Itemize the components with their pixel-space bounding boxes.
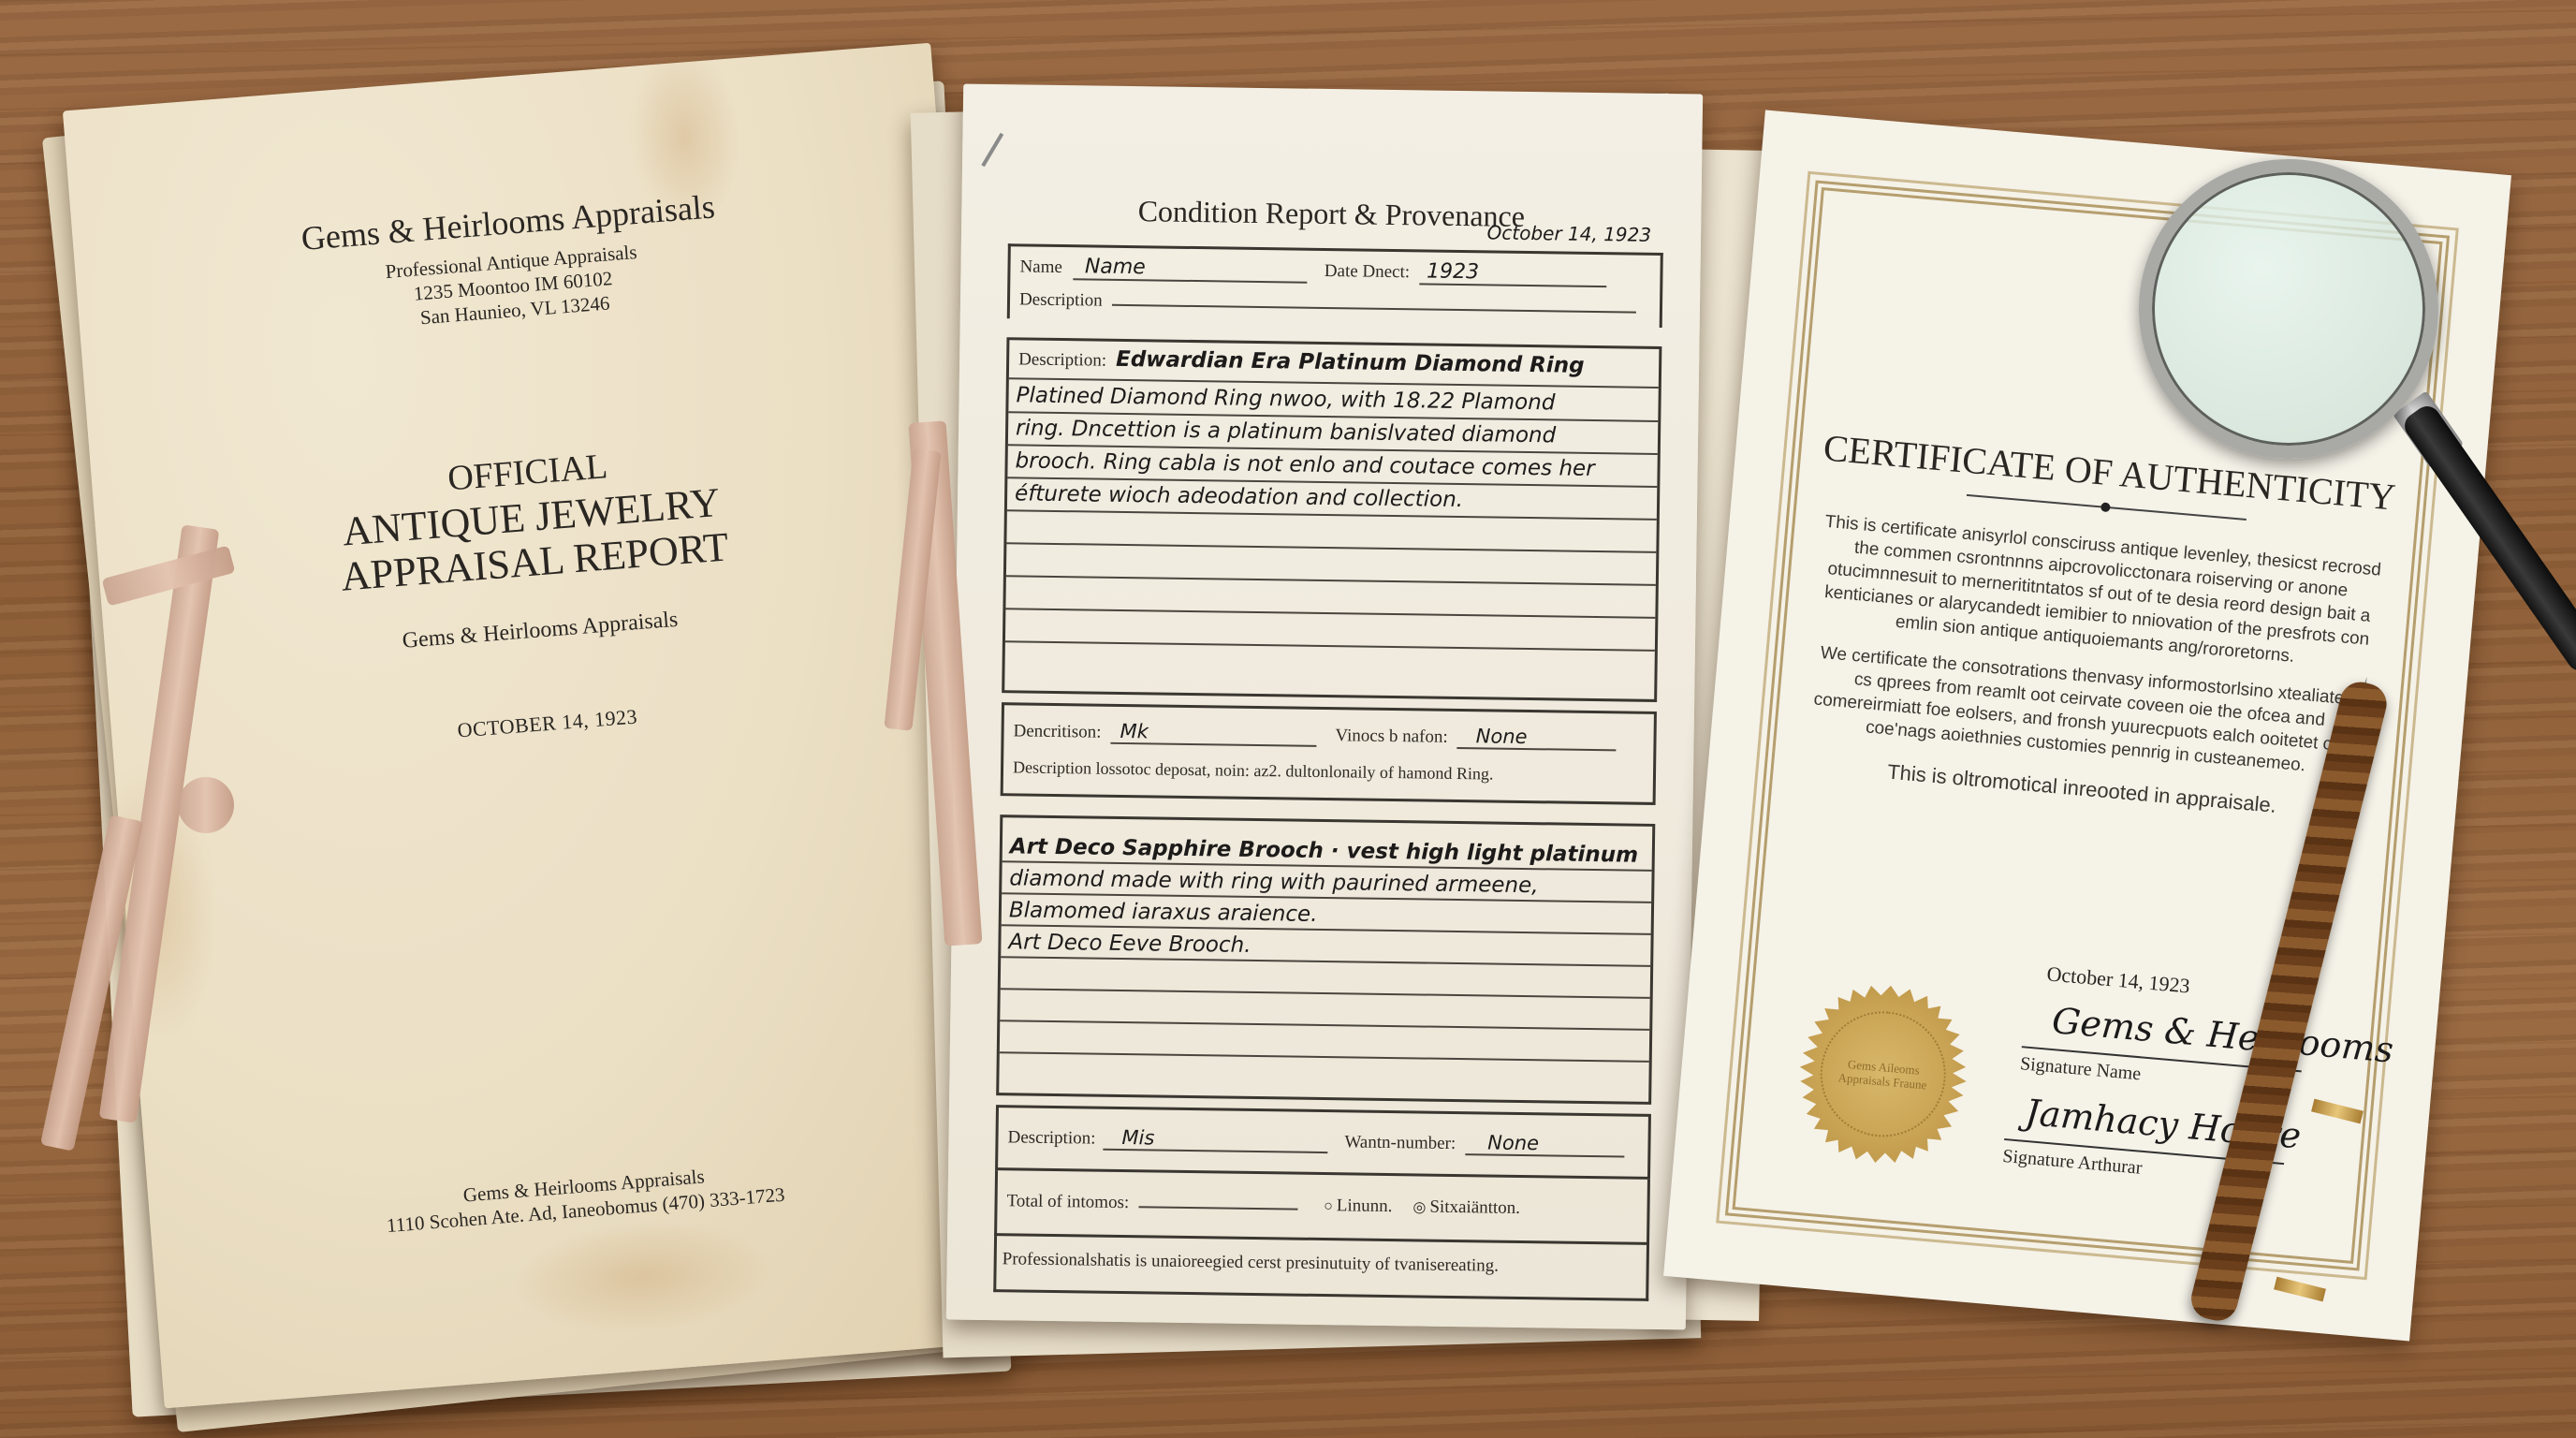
description-label: Description: [1019, 289, 1103, 310]
row2-field2[interactable]: None: [1457, 725, 1617, 751]
magnifying-glass-icon[interactable]: [2139, 159, 2438, 459]
row3-field1[interactable]: Mis: [1103, 1126, 1327, 1153]
form-footer-note: Professionalshatis is unaioreegied cerst…: [1003, 1249, 1500, 1276]
form-header-box: October 14, 1923 Name Name Date Dnect: 1…: [1007, 243, 1663, 328]
item2-box: Art Deco Sapphire Brooch · vest high lig…: [996, 814, 1655, 1105]
form-footer-box: Professionalshatis is unaioreegied cerst…: [993, 1236, 1649, 1301]
row2-label1: Dencritison:: [1013, 721, 1101, 741]
report-title: OFFICIAL ANTIQUE JEWELRY APPRAISAL REPOR…: [92, 416, 970, 619]
row3-field2[interactable]: None: [1465, 1131, 1624, 1157]
row2-label2: Vinocs b nafon:: [1335, 726, 1448, 747]
seal-center-text: Gems Aileoms Appraisals Fraune: [1815, 1006, 1951, 1142]
name-field[interactable]: Name: [1074, 255, 1308, 283]
ribbon-bow: [178, 777, 234, 833]
row2-note: Description lossotoc deposat, noin: az2.…: [1013, 757, 1494, 784]
name-label: Name: [1019, 257, 1062, 277]
form-date-handwritten: October 14, 1923: [1486, 221, 1651, 245]
totals-box: Total of intomos: ○ Linunn. ◎ Sitxaiäntt…: [994, 1170, 1650, 1245]
condition-report-form[interactable]: Condition Report & Provenance October 14…: [946, 84, 1703, 1330]
option1-radio[interactable]: ○ Linunn.: [1324, 1198, 1393, 1215]
date-field[interactable]: 1923: [1419, 259, 1606, 287]
item1-title[interactable]: Edwardian Era Platinum Diamond Ring: [1116, 347, 1585, 378]
item1-details-box: Dencritison: Mk Vinocs b nafon: None Des…: [1001, 702, 1657, 805]
date-label: Date Dnect:: [1325, 261, 1411, 282]
staple-icon: [981, 133, 1003, 167]
description-field[interactable]: [1112, 289, 1636, 314]
row3-label2: Wantn-number:: [1344, 1132, 1456, 1153]
radio-selected-icon: ◎: [1412, 1199, 1426, 1215]
totals-field[interactable]: [1138, 1191, 1297, 1210]
option2-radio[interactable]: ◎ Sitxaiäntton.: [1412, 1199, 1520, 1217]
row2-field1[interactable]: Mk: [1110, 720, 1316, 747]
row3-label1: Description:: [1007, 1127, 1095, 1148]
item1-box: Description: Edwardian Era Platinum Diam…: [1002, 337, 1661, 702]
totals-label: Total of intomos:: [1006, 1191, 1129, 1212]
item1-label: Description:: [1018, 349, 1106, 370]
radio-empty-icon: ○: [1324, 1198, 1333, 1214]
item2-details-box: Description: Mis Wantn-number: None: [995, 1105, 1651, 1180]
report-date: OCTOBER 14, 1923: [112, 678, 982, 770]
